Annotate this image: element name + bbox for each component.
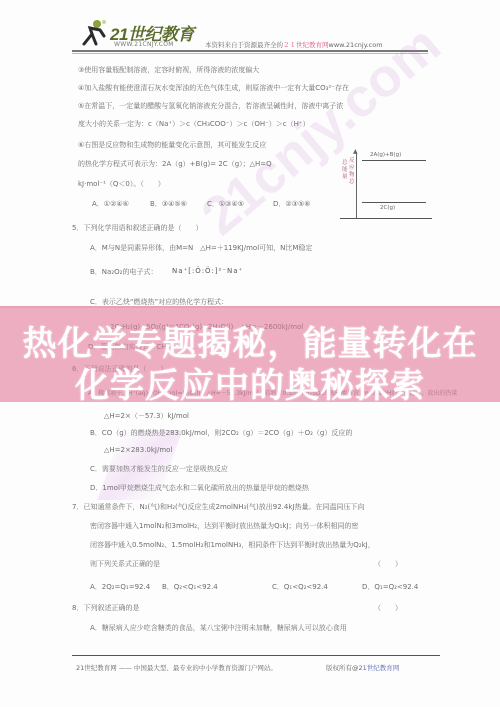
q7-option-a: A．2Q₂=Q₁=92.4 <box>90 583 150 592</box>
question-8: 8．下列叙述正确的是 <box>72 604 139 613</box>
runner-icon <box>80 18 108 48</box>
text-line: ⑥右图是反应物和生成物的能量变化示意图，其可能发生反应 <box>78 141 266 150</box>
q4-option-a: A．①②④⑥ <box>92 200 129 209</box>
q6-option-c: C．需要加热才能发生的反应一定是吸热反应 <box>90 465 228 474</box>
q8-option-a: A．糖尿病人应少吃含糖类的食品，某八宝粥中注明未加糖，糖尿病人可以放心食用 <box>90 624 347 633</box>
q6-a-cont: △H=2×（－57.3）kJ/mol <box>104 412 189 421</box>
q6-option-d: D．1mol甲烷燃烧生成气态水和二氧化碳所放出的热量是甲烷的燃烧热 <box>90 484 309 493</box>
q7-option-c: C．Q₁<Q₂<92.4 <box>272 583 328 592</box>
q6-b-cont: △H=2×283.0kJ/mol <box>104 446 172 455</box>
q5-option-a: A．M与N是同素异形体，由M=N △H=＋119KJ/mol可知，N比M稳定 <box>90 244 312 253</box>
q4-option-b: B．③④⑤⑥ <box>150 200 187 209</box>
header-note-highlight[interactable]: ２１世纪教育网 <box>283 41 329 49</box>
reactant-level-label: 2A(g)+B(g) <box>370 152 401 158</box>
text-line: kJ·mol⁻¹（Q＜0）。（ ） <box>78 180 165 189</box>
axis-label: 总能量 <box>342 160 348 181</box>
product-level-label: 2C(g) <box>380 205 395 211</box>
document-page: 21世纪教育 WWW.21CNJY.COM 本资料来自于资源最齐全的２１世纪教育… <box>0 0 500 707</box>
text-line: ③使用容量瓶配制溶液，定容时俯视，所得溶液的浓度偏大 <box>78 66 259 75</box>
electron-formula: Na⁺[:Ö:Ö:]²⁻Na⁺ <box>172 267 243 275</box>
footer-right: 版权所有@21世纪教育网 <box>326 663 399 672</box>
reactant-level <box>362 160 426 161</box>
q6-option-b: B．CO（g）的燃烧热是283.0kJ/mol，则2CO₂（g）＝2CO（g）＋… <box>90 429 352 438</box>
q7-option-d: D．Q₁=Q₂<92.4 <box>362 583 418 592</box>
question-5: 5．下列化学用语和叙述正确的是（ ） <box>72 224 202 233</box>
title-banner: 2C₂H₂(g)+5O₂(g)=4CO₂(g)+2H₂O(l) △H=－2600… <box>0 306 500 402</box>
q8-answer-paren: （ ） <box>374 604 402 613</box>
diagram-baseline <box>340 218 432 219</box>
q5-option-b: B．Na₂O₂的电子式： <box>90 268 157 277</box>
footer-link[interactable]: 21世纪教育网 <box>359 664 400 672</box>
footer-divider <box>72 655 440 656</box>
q7-line-2: 密闭容器中通入1molN₂和3molH₂，达到平衡时放出热量为Q₁kJ；向另一体… <box>90 522 359 531</box>
text-line: ④加入盐酸有能使澄清石灰水变浑浊的无色气体生成，则原溶液中一定有大量CO₃²⁻存… <box>78 84 349 93</box>
q7-option-b: B．Q₂<Q₁<92.4 <box>162 583 218 592</box>
logo-url: WWW.21CNJY.COM <box>114 41 174 48</box>
q7-answer-paren: （ ） <box>374 560 402 569</box>
axis-label-2: 反应物总 <box>349 158 355 186</box>
product-level <box>362 202 426 203</box>
header-note-prefix: 本资料来自于资源最齐全的 <box>205 41 283 49</box>
q7-line-3: 闭容器中通入0.5molN₂、1.5molH₂和1molNH₃，相同条件下达到平… <box>90 541 375 550</box>
banner-title-line-2: 化学反应中的奥秘探索 <box>0 358 500 407</box>
site-logo[interactable]: 21世纪教育 WWW.21CNJY.COM <box>80 14 200 52</box>
q7-line-4: 则下列关系式正确的是 <box>90 560 160 569</box>
energy-axis <box>356 152 357 218</box>
footer-copyright: 版权所有@ <box>326 664 359 672</box>
question-7: 7．已知通常条件下，N₂(气)和H₂(气)反应生成2molNH₃(气)放出92.… <box>72 503 364 512</box>
energy-diagram: ▲ 总能量 反应物总 2A(g)+B(g) 2C(g) <box>340 150 432 222</box>
header-note: 本资料来自于资源最齐全的２１世纪教育网www.21cnjy.com <box>205 40 383 49</box>
footer-left-text: 21世纪教育网 —— 中国最大型、最专业的中小学教育资源门户网站。 <box>76 663 277 672</box>
